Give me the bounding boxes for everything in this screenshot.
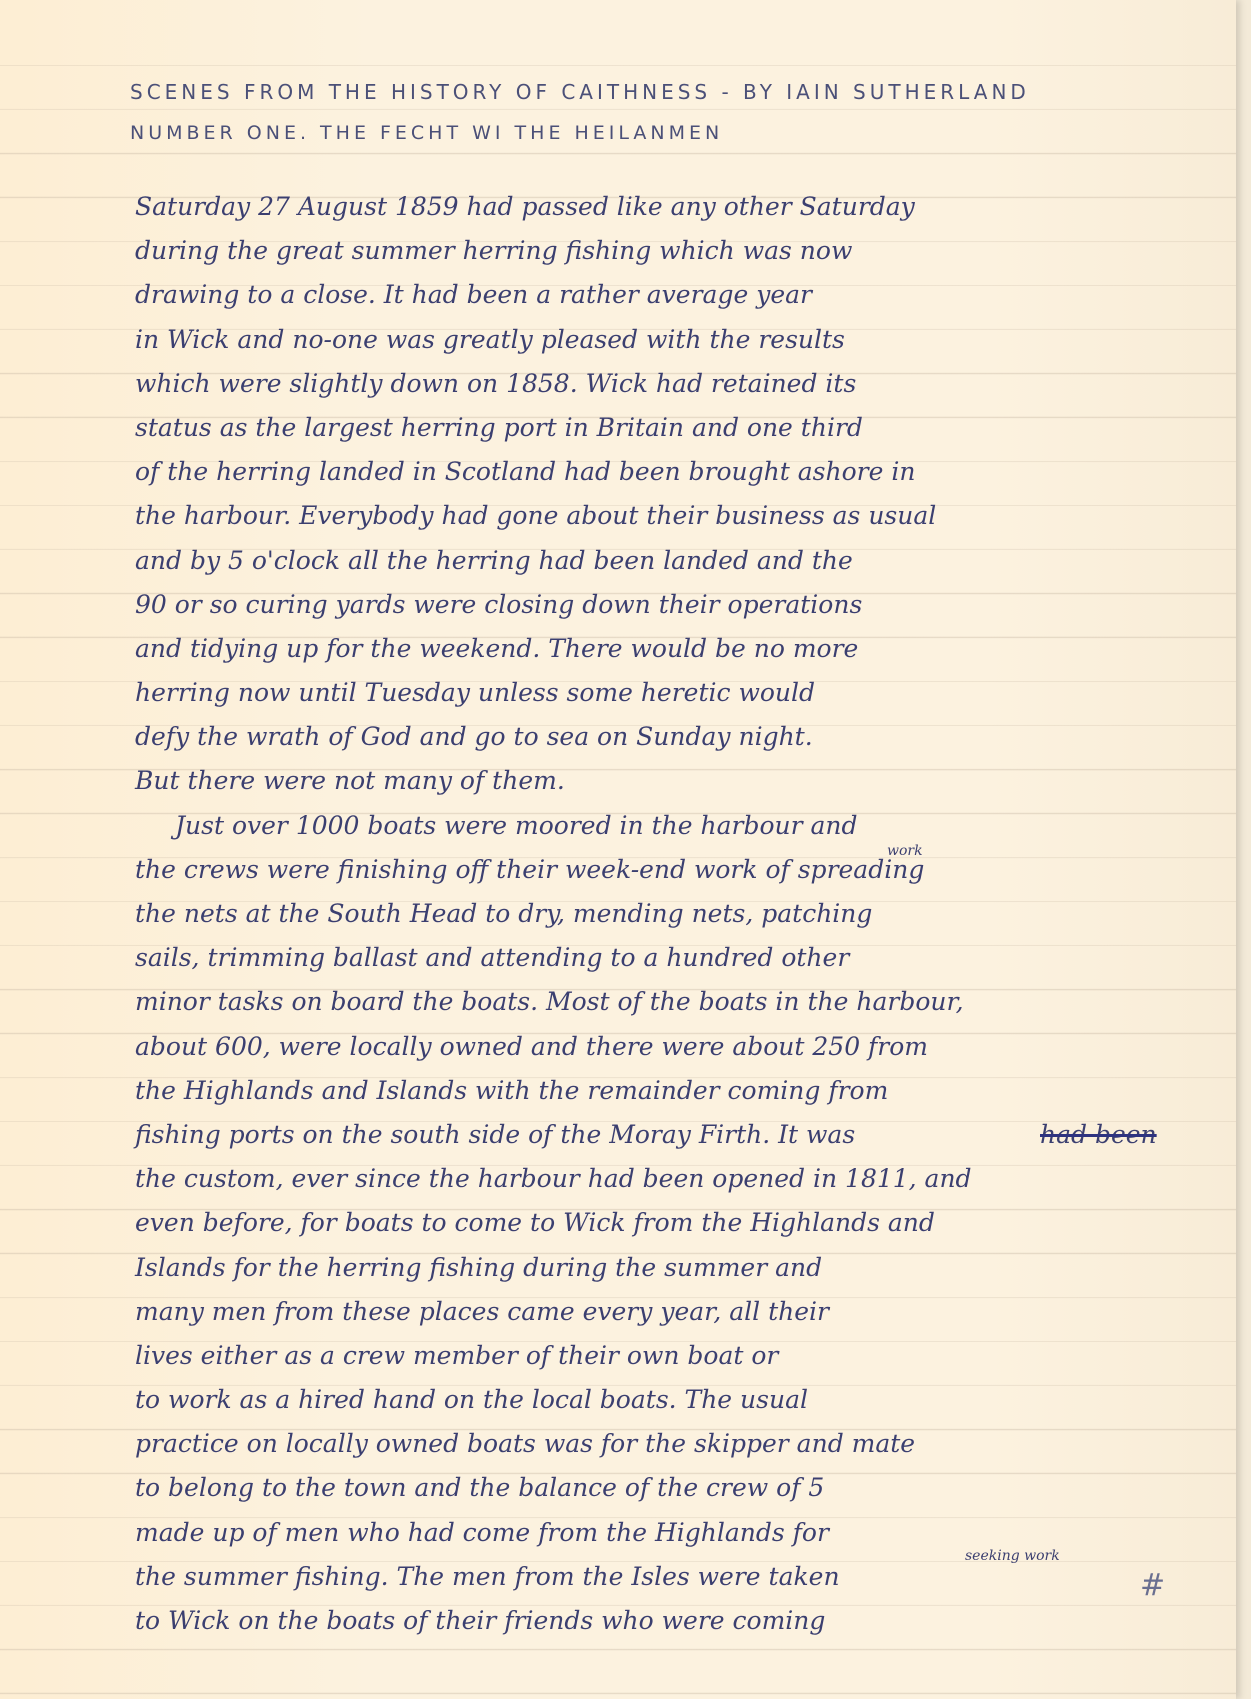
text-line: to work as a hired hand on the local boa…	[135, 1378, 1135, 1422]
text-line: the nets at the South Head to dry, mendi…	[135, 892, 1135, 936]
text-line: the custom, ever since the harbour had b…	[135, 1157, 1135, 1201]
text-line: during the great summer herring fishing …	[135, 229, 1135, 273]
text-line: even before, for boats to come to Wick f…	[135, 1201, 1135, 1245]
text-line: practice on locally owned boats was for …	[135, 1422, 1135, 1466]
text-line: and by 5 o'clock all the herring had bee…	[135, 539, 1135, 583]
text-line: to Wick on the boats of their friends wh…	[135, 1599, 1135, 1643]
text-line: herring now until Tuesday unless some he…	[135, 671, 1135, 715]
text-line: in Wick and no-one was greatly pleased w…	[135, 318, 1135, 362]
document-subtitle: Number one. The fecht wi the Heilanmen	[130, 122, 723, 144]
text-line: the summer fishing. The men from the Isl…	[135, 1562, 840, 1591]
text-line-with-correction: the summer fishing. The men from the Isl…	[135, 1555, 1135, 1599]
text-line: and tidying up for the weekend. There wo…	[135, 627, 1135, 671]
struck-text: had been	[1040, 1113, 1157, 1157]
text-line: fishing ports on the south side of the M…	[135, 1120, 855, 1149]
text-line: lives either as a crew member of their o…	[135, 1334, 1135, 1378]
text-line: status as the largest herring port in Br…	[135, 406, 1135, 450]
text-line: defy the wrath of God and go to sea on S…	[135, 715, 1135, 759]
text-line: of the herring landed in Scotland had be…	[135, 450, 1135, 494]
margin-hash-mark: #	[1140, 1568, 1165, 1603]
text-line: the crews were finishing off their week-…	[135, 855, 924, 884]
text-line: about 600, were locally owned and there …	[135, 1025, 1135, 1069]
inserted-phrase: seeking work	[965, 1549, 1060, 1563]
text-line: many men from these places came every ye…	[135, 1290, 1135, 1334]
text-line: 90 or so curing yards were closing down …	[135, 583, 1135, 627]
text-line: Saturday 27 August 1859 had passed like …	[135, 185, 1135, 229]
document-title: Scenes from the history of Caithness - b…	[130, 80, 1030, 104]
text-line: Islands for the herring fishing during t…	[135, 1246, 1135, 1290]
text-line: the harbour. Everybody had gone about th…	[135, 494, 1135, 538]
text-line: sails, trimming ballast and attending to…	[135, 936, 1135, 980]
handwritten-body: Saturday 27 August 1859 had passed like …	[135, 185, 1135, 1643]
text-line: which were slightly down on 1858. Wick h…	[135, 362, 1135, 406]
text-line: But there were not many of them.	[135, 759, 1135, 803]
text-line: the Highlands and Islands with the remai…	[135, 1069, 1135, 1113]
notebook-page: Scenes from the history of Caithness - b…	[0, 0, 1236, 1699]
paragraph-start-line: Just over 1000 boats were moored in the …	[135, 804, 1135, 848]
text-line: drawing to a close. It had been a rather…	[135, 273, 1135, 317]
text-line-with-correction: fishing ports on the south side of the M…	[135, 1113, 1135, 1157]
text-line: minor tasks on board the boats. Most of …	[135, 980, 1135, 1024]
text-line: to belong to the town and the balance of…	[135, 1466, 1135, 1510]
inserted-word: work	[887, 844, 923, 858]
text-line-with-correction: the crews were finishing off their week-…	[135, 848, 1135, 892]
